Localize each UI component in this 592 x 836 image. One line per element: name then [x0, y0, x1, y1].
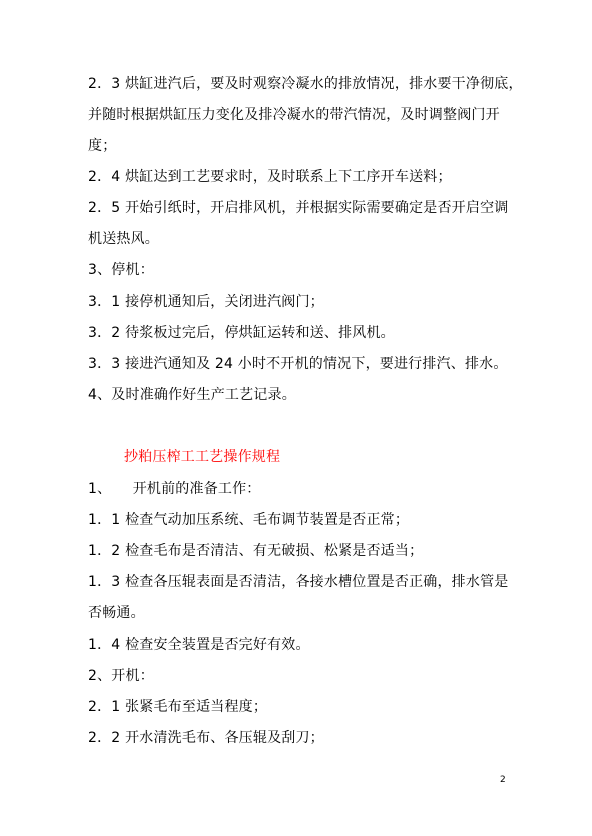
document-title: 抄粕压榨工工艺操作规程: [124, 448, 280, 466]
page-number: 2: [500, 775, 506, 785]
text-line: 并随时根据烘缸压力变化及排冷凝水的带汽情况，及时调整阀门开: [88, 106, 500, 124]
section-heading: 1、 开机前的准备工作：: [88, 480, 261, 498]
text-line: 1．1 检查气动加压系统、毛布调节装置是否正常；: [88, 511, 409, 529]
text-line: 机送热风。: [88, 230, 159, 248]
text-line: 度；: [88, 137, 116, 155]
text-line: 2．4 烘缸达到工艺要求时，及时联系上下工序开车送料；: [88, 168, 452, 186]
section-heading: 3、停机：: [88, 261, 154, 279]
text-line: 否畅通。: [88, 604, 145, 622]
text-line: 2．5 开始引纸时，开启排风机，并根据实际需要确定是否开启空调: [88, 199, 508, 217]
text-line: 2．1 张紧毛布至适当程度；: [88, 698, 267, 716]
text-line: 1．2 检查毛布是否清洁、有无破损、松紧是否适当；: [88, 542, 423, 560]
document-page: 2．3 烘缸进汽后，要及时观察冷凝水的排放情况，排水要干净彻底， 并随时根据烘缸…: [0, 0, 592, 836]
text-line: 2．3 烘缸进汽后，要及时观察冷凝水的排放情况，排水要干净彻底，: [88, 75, 523, 93]
section-heading: 4、及时准确作好生产工艺记录。: [88, 386, 296, 404]
text-line: 1．4 检查安全装置是否完好有效。: [88, 636, 310, 654]
text-line: 3．1 接停机通知后，关闭进汽阀门；: [88, 293, 324, 311]
text-line: 1．3 检查各压辊表面是否清洁，各接水槽位置是否正确，排水管是: [88, 573, 508, 591]
text-line: 2．2 开水清洗毛布、各压辊及刮刀；: [88, 729, 324, 747]
section-heading: 2、开机：: [88, 667, 154, 685]
text-line: 3．3 接进汽通知及 24 小时不开机的情况下，要进行排汽、排水。: [88, 355, 508, 373]
text-line: 3．2 待浆板过完后，停烘缸运转和送、排风机。: [88, 324, 395, 342]
